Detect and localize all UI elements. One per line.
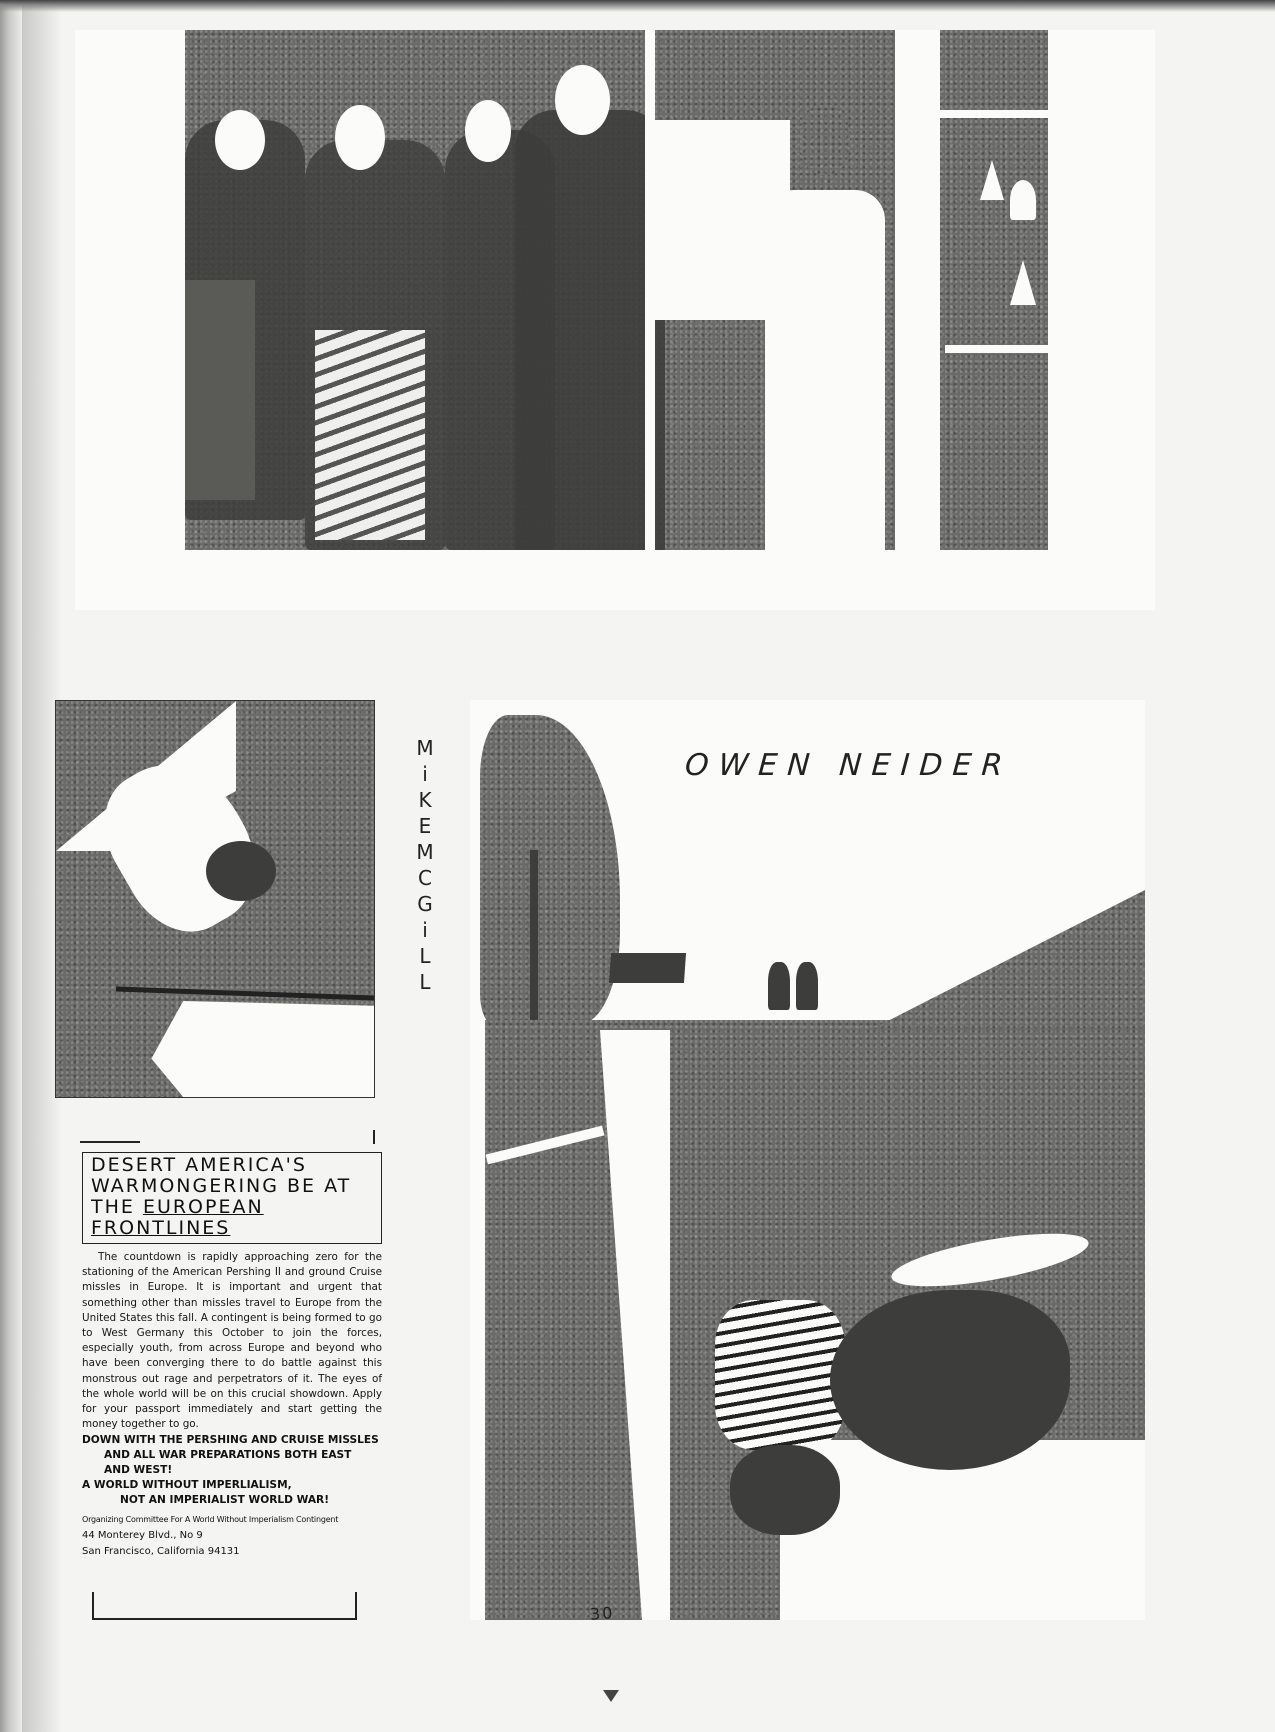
person-1	[185, 120, 305, 520]
photo-skater-bowl-right	[470, 700, 1145, 1620]
camo-pants	[315, 330, 425, 540]
slogan-line-1: DOWN WITH THE PERSHING AND CRUISE MISSLE…	[82, 1433, 382, 1448]
person-4	[515, 110, 665, 570]
window-rail	[940, 110, 1048, 118]
spectator-2	[796, 962, 818, 1010]
headline-word-frontlines: FRONTLINES	[91, 1217, 230, 1239]
headline-word-european: EUROPEAN	[143, 1196, 264, 1218]
tree-trunk	[530, 850, 538, 1030]
slogan-line-4: A WORLD WITHOUT IMPERLIALISM,	[82, 1478, 382, 1493]
face-1	[215, 110, 265, 170]
face-3	[465, 100, 511, 162]
crop-mark	[373, 1130, 375, 1144]
crop-mark	[355, 1592, 357, 1620]
headline-line-2: WARMONGERING BE AT	[91, 1176, 375, 1197]
clipping-slogan: DOWN WITH THE PERSHING AND CRUISE MISSLE…	[82, 1433, 382, 1508]
slogan-line-3: AND WEST!	[82, 1463, 382, 1478]
bell-cutout	[1010, 180, 1036, 220]
bleacher-slope	[870, 890, 1145, 1030]
headline-word-the: THE	[91, 1196, 143, 1218]
address-line-2: San Francisco, California 94131	[82, 1544, 382, 1560]
staple-mark	[603, 1690, 619, 1702]
spectator-1	[768, 962, 790, 1010]
address-line-1: 44 Monterey Blvd., No 9	[82, 1528, 382, 1544]
skater-striped-shirt	[715, 1300, 845, 1450]
skater-helmet	[730, 1445, 840, 1535]
skater-helmet	[206, 841, 276, 901]
crop-mark	[92, 1592, 94, 1620]
binding-shadow	[0, 0, 22, 1732]
caption-owen-neider: OWEN NEIDER	[684, 748, 1014, 783]
photo-skater-bowl-left	[55, 700, 375, 1098]
face-5	[800, 105, 850, 175]
headline-line-1: DESERT AMERICA'S	[91, 1155, 375, 1176]
tree-foliage	[480, 715, 620, 1025]
right-margin-white	[1048, 30, 1155, 610]
crop-mark	[80, 1141, 140, 1143]
slogan-line-2: AND ALL WAR PREPARATIONS BOTH EAST	[82, 1448, 382, 1463]
clipping-body-text: The countdown is rapidly approaching zer…	[82, 1250, 382, 1432]
newspaper-clipping: DESERT AMERICA'S WARMONGERING BE AT THE …	[82, 1152, 382, 1560]
photo-band-storefront	[75, 30, 1155, 610]
page-top-edge	[0, 0, 1275, 12]
pillar	[895, 30, 940, 610]
window-rail-lower	[945, 345, 1053, 353]
caption-mike-mcgill: M i K E M C G i L L	[410, 735, 440, 995]
crowd-wall	[485, 1020, 1145, 1220]
face-4	[555, 65, 610, 135]
banner	[609, 953, 686, 983]
clipping-headline: DESERT AMERICA'S WARMONGERING BE AT THE …	[82, 1152, 382, 1244]
sidewalk	[75, 550, 1155, 610]
face-2	[335, 105, 385, 170]
clipping-footer: Organizing Committee For A World Without…	[82, 1512, 382, 1560]
person-5-white-shirt	[765, 190, 885, 610]
headline-line-3: THE EUROPEAN FRONTLINES	[91, 1197, 375, 1239]
page-number: 30	[589, 1603, 615, 1624]
slogan-line-5: NOT AN IMPERIALIST WORLD WAR!	[82, 1493, 382, 1508]
crop-mark	[92, 1618, 357, 1620]
skater-legs	[830, 1290, 1070, 1470]
organizer-name: Organizing Committee For A World Without…	[82, 1512, 382, 1528]
